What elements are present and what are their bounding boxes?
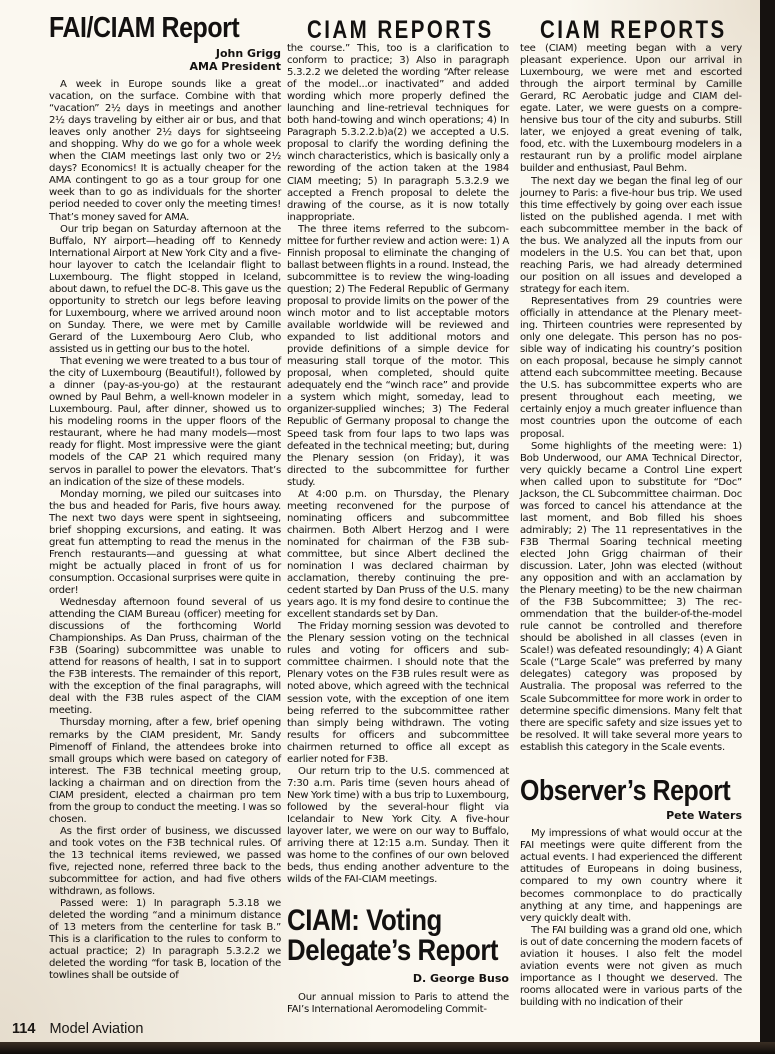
paragraph: At 4:00 p.m. on Thursday, the Plenary me… [287, 489, 509, 622]
paragraph: Representatives from 29 countries were o… [520, 296, 742, 441]
paragraph: A week in Europe sounds like a great vac… [49, 79, 281, 224]
paragraph: Our annual mission to Paris to attend th… [287, 992, 509, 1016]
paragraph: My impressions of what would occur at th… [520, 828, 742, 924]
scan-edge-shadow-right [760, 0, 775, 1054]
byline-author: D. George Buso [287, 973, 509, 986]
voting-delegate-title-block: CIAM: Voting Delegate’s Report [287, 906, 509, 966]
column-2: CIAM REPORTS the course.” This, too is a… [287, 0, 509, 1016]
paragraph: The next day we began the final leg of o… [520, 176, 742, 296]
paragraph: The Friday morning session was devoted t… [287, 621, 509, 766]
article-title-line-2: Delegate’s Report [287, 936, 478, 966]
article-title-observers-report: Observer’s Report [520, 776, 711, 806]
paragraph: Our return trip to the U.S. commenced at… [287, 766, 509, 886]
paragraph: tee (CIAM) meeting began with a very ple… [520, 43, 742, 176]
paragraph: Some highlights of the meeting were: 1) … [520, 441, 742, 754]
running-head: CIAM REPORTS [540, 17, 722, 43]
paragraph: That evening we were treated to a bus to… [49, 356, 281, 489]
paragraph: Passed were: 1) In paragraph 5.3.18 we d… [49, 898, 281, 982]
article-title-line-1: CIAM: Voting [287, 906, 478, 936]
page-folio: 114 Model Aviation [12, 1021, 143, 1037]
running-head: CIAM REPORTS [307, 17, 489, 43]
paragraph: As the first order of business, we dis­c… [49, 826, 281, 898]
article-body-continued: the course.” This, too is a clarificatio… [287, 43, 509, 886]
paragraph: The FAI building was a grand old one, wh… [520, 925, 742, 1009]
article-body: Our annual mission to Paris to attend th… [287, 992, 509, 1016]
column-3: CIAM REPORTS tee (CIAM) meeting began wi… [520, 0, 742, 1009]
paragraph: Wednesday afternoon found several of us … [49, 597, 281, 717]
paragraph: Our trip began on Saturday afternoon at … [49, 224, 281, 357]
paragraph: Monday morning, we piled our suitcases i… [49, 489, 281, 597]
paragraph: Thursday morning, after a few, brief ope… [49, 717, 281, 825]
byline-author: John Grigg [49, 48, 281, 61]
column-1: FAI/CIAM Report John Grigg AMA President… [49, 0, 281, 983]
byline-author-title: AMA President [49, 61, 281, 74]
page-number: 114 [12, 1021, 35, 1037]
article-body-continued: tee (CIAM) meeting began with a very ple… [520, 43, 742, 754]
article-body: A week in Europe sounds like a great vac… [49, 79, 281, 983]
paragraph: the course.” This, too is a clarificatio… [287, 43, 509, 224]
publication-name: Model Aviation [49, 1021, 143, 1037]
magazine-page: FAI/CIAM Report John Grigg AMA President… [0, 0, 760, 1042]
article-title-fai-ciam-report: FAI/CIAM Report [49, 13, 249, 43]
paragraph: The three items referred to the subcom­m… [287, 224, 509, 489]
article-body: My impressions of what would occur at th… [520, 828, 742, 1009]
byline-author: Pete Waters [520, 810, 742, 823]
scan-edge-shadow-bottom [0, 1042, 775, 1054]
